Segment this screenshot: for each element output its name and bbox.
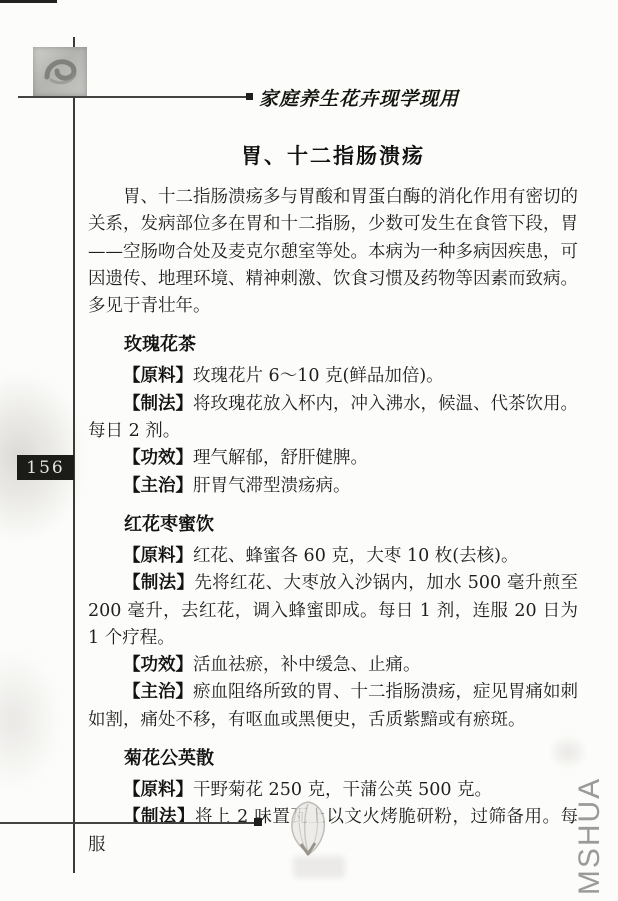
item-text: 肝胃气滞型溃疡病。: [193, 476, 351, 496]
recipe-item: 【主治】瘀血阻络所致的胃、十二指肠溃疡，症见胃痛如刺如割，痛处不移，有呕血或黑便…: [88, 679, 578, 734]
item-label: 【原料】: [123, 546, 193, 566]
item-label: 【功效】: [123, 448, 193, 468]
footer-bullet-square: [254, 818, 262, 826]
page-number-tab: 156: [17, 455, 74, 480]
running-head: 家庭养生花卉现学现用: [259, 84, 459, 111]
article: 胃、十二指肠溃疡 胃、十二指肠溃疡多与胃酸和胃蛋白酶的消化作用有密切的关系，发病…: [88, 140, 578, 859]
shell-watermark-icon: [284, 798, 332, 858]
recipe-item: 【主治】肝胃气滞型溃疡病。: [88, 473, 578, 500]
header-bullet-square: [246, 93, 253, 100]
item-label: 【制法】: [123, 573, 194, 593]
header-rule: [18, 96, 247, 98]
recipe-item: 【制法】将玫瑰花放入杯内，冲入沸水，候温、代茶饮用。每日 2 剂。: [88, 391, 578, 446]
intro-paragraph: 胃、十二指肠溃疡多与胃酸和胃蛋白酶的消化作用有密切的关系，发病部位多在胃和十二指…: [88, 184, 578, 320]
recipe-name: 玫瑰花茶: [88, 330, 578, 356]
page-edge-mark: [0, 0, 57, 3]
recipe-item: 【制法】先将红花、大枣放入沙锅内，加水 500 毫升煎至 200 毫升，去红花，…: [88, 570, 578, 652]
page-number: 156: [26, 458, 64, 478]
recipe-item: 【功效】理气解郁，舒肝健脾。: [88, 445, 578, 472]
recipe-name: 菊花公英散: [88, 744, 578, 770]
watermark-text: MSHUA: [573, 777, 607, 895]
recipe-item: 【功效】活血祛瘀，补中缓急、止痛。: [88, 652, 578, 679]
item-text: 理气解郁，舒肝健脾。: [193, 448, 368, 468]
item-text: 红花、蜂蜜各 60 克，大枣 10 枚(去核)。: [193, 546, 518, 566]
recipe-item: 【原料】干野菊花 250 克，干蒲公英 500 克。: [88, 777, 578, 804]
scan-smudge: [0, 650, 61, 790]
item-label: 【主治】: [123, 476, 193, 496]
item-text: 玫瑰花片 6～10 克(鲜品加倍)。: [193, 366, 444, 386]
item-label: 【主治】: [123, 682, 193, 702]
item-label: 【原料】: [123, 780, 193, 800]
book-page-scan: 家庭养生花卉现学现用 156 胃、十二指肠溃疡 胃、十二指肠溃疡多与胃酸和胃蛋白…: [0, 0, 618, 901]
recipe-item: 【原料】红花、蜂蜜各 60 克，大枣 10 枚(去核)。: [88, 543, 578, 570]
item-text: 活血祛瘀，补中缓急、止痛。: [193, 655, 421, 675]
item-text: 干野菊花 250 克，干蒲公英 500 克。: [193, 780, 492, 800]
recipe-item: 【原料】玫瑰花片 6～10 克(鲜品加倍)。: [88, 363, 578, 390]
article-title: 胃、十二指肠溃疡: [88, 140, 578, 170]
item-label: 【功效】: [123, 655, 193, 675]
recipe-item: 【制法】将上 2 味置瓦上以文火烤脆研粉，过筛备用。每服: [88, 804, 578, 859]
recipe-name: 红花枣蜜饮: [88, 510, 578, 536]
footer-rule: [0, 822, 256, 824]
item-label: 【制法】: [123, 394, 193, 414]
item-label: 【原料】: [123, 366, 193, 386]
scan-smudge: [293, 856, 345, 878]
item-label: 【制法】: [123, 807, 195, 827]
swirl-ornament-icon: [33, 47, 87, 96]
